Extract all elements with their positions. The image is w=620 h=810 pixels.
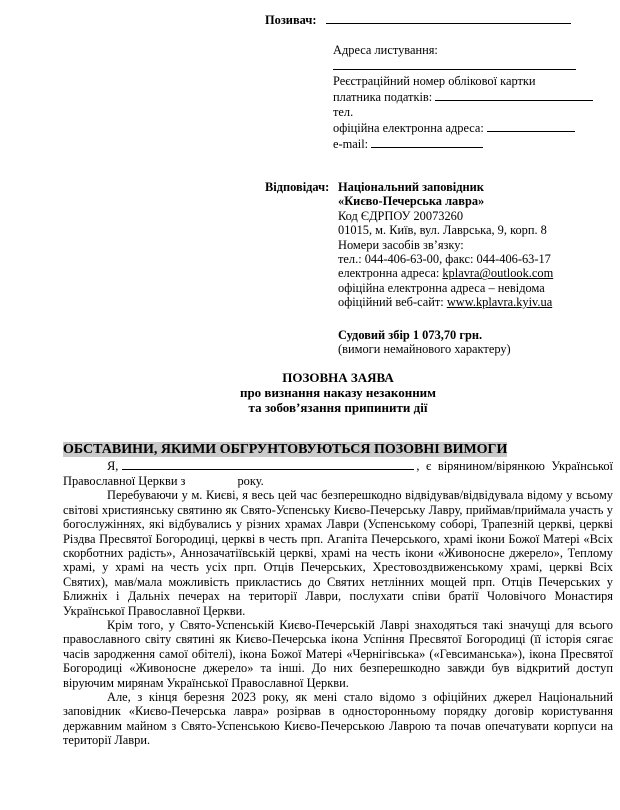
plaintiff-email-label: e-mail:: [333, 137, 368, 151]
plaintiff-tax-line2: платника податків:: [333, 90, 432, 104]
respondent-email-line: електронна адреса: kplavra@outlook.com: [338, 266, 553, 280]
court-fee-amount: Судовий збір 1 073,70 грн.: [338, 328, 613, 342]
paragraph-3: Крім того, у Свято-Успенській Києво-Пече…: [63, 618, 613, 690]
respondent-name-line2: «Києво-Печерська лавра»: [338, 194, 553, 208]
plaintiff-details: Адреса листування: Реєстраційний номер о…: [333, 43, 613, 152]
paragraph-4: Але, з кінця березня 2023 року, як мені …: [63, 690, 613, 748]
respondent-label: Відповідач:: [265, 180, 338, 310]
respondent-edrpou: Код ЄДРПОУ 20073260: [338, 209, 553, 223]
respondent-email-label: електронна адреса:: [338, 266, 442, 280]
p1-text-end: року.: [237, 474, 263, 488]
plaintiff-row: Позивач:: [265, 12, 613, 28]
document-page: Позивач: Адреса листування: Реєстраційни…: [0, 0, 620, 810]
respondent-contacts-label: Номери засобів зв’язку:: [338, 238, 553, 252]
respondent-phone-fax: тел.: 044-406-63-00, факс: 044-406-63-17: [338, 252, 553, 266]
respondent-official-email: офіційна електронна адреса – невідома: [338, 281, 553, 295]
plaintiff-phone-label: тел.: [333, 105, 613, 120]
plaintiff-tax-blank: [435, 89, 593, 101]
paragraph-1: Я,, є вірянином/вірянкою Української Пра…: [63, 458, 613, 488]
respondent-name-line1: Національний заповідник: [338, 180, 553, 194]
section-heading-row: ОБСТАВИНИ, ЯКИМИ ОБГРУНТОВУЮТЬСЯ ПОЗОВНІ…: [63, 441, 613, 458]
plaintiff-label: Позивач:: [265, 13, 316, 27]
plaintiff-tax-line1: Реєстраційний номер облікової картки: [333, 74, 613, 89]
p1-text-start: Я,: [107, 459, 118, 473]
body-text: Я,, є вірянином/вірянкою Української Пра…: [63, 458, 613, 747]
paragraph-2: Перебуваючи у м. Києві, я весь цей час б…: [63, 488, 613, 618]
section-heading: ОБСТАВИНИ, ЯКИМИ ОБГРУНТОВУЮТЬСЯ ПОЗОВНІ…: [63, 442, 507, 457]
respondent-row: Відповідач: Національний заповідник «Киє…: [265, 180, 613, 310]
respondent-details: Національний заповідник «Києво-Печерська…: [338, 180, 553, 310]
plaintiff-official-email-blank: [487, 120, 575, 132]
respondent-email-link[interactable]: kplavra@outlook.com: [442, 266, 553, 280]
respondent-website-line: офіційний веб-сайт: www.kplavra.kyiv.ua: [338, 295, 553, 309]
respondent-website-label: офіційний веб-сайт:: [338, 295, 447, 309]
claim-title-line2: про визнання наказу незаконним: [63, 385, 613, 400]
claim-title-line3: та зобов’язання припинити дії: [63, 400, 613, 415]
claim-title: ПОЗОВНА ЗАЯВА про визнання наказу незако…: [63, 370, 613, 415]
plaintiff-address-label: Адреса листування:: [333, 43, 613, 58]
p1-name-blank: [122, 458, 414, 470]
respondent-address: 01015, м. Київ, вул. Лаврська, 9, корп. …: [338, 223, 553, 237]
p1-year-blank-space: [185, 475, 237, 485]
respondent-website-link[interactable]: www.kplavra.kyiv.ua: [447, 295, 552, 309]
plaintiff-official-email-label: офіційна електронна адреса:: [333, 121, 484, 135]
plaintiff-email-blank: [371, 136, 483, 148]
plaintiff-name-blank: [326, 12, 571, 24]
claim-title-line1: ПОЗОВНА ЗАЯВА: [63, 370, 613, 385]
court-fee-block: Судовий збір 1 073,70 грн. (вимоги немай…: [338, 328, 613, 357]
plaintiff-address-blank: [333, 58, 576, 70]
court-fee-note: (вимоги немайнового характеру): [338, 342, 613, 356]
